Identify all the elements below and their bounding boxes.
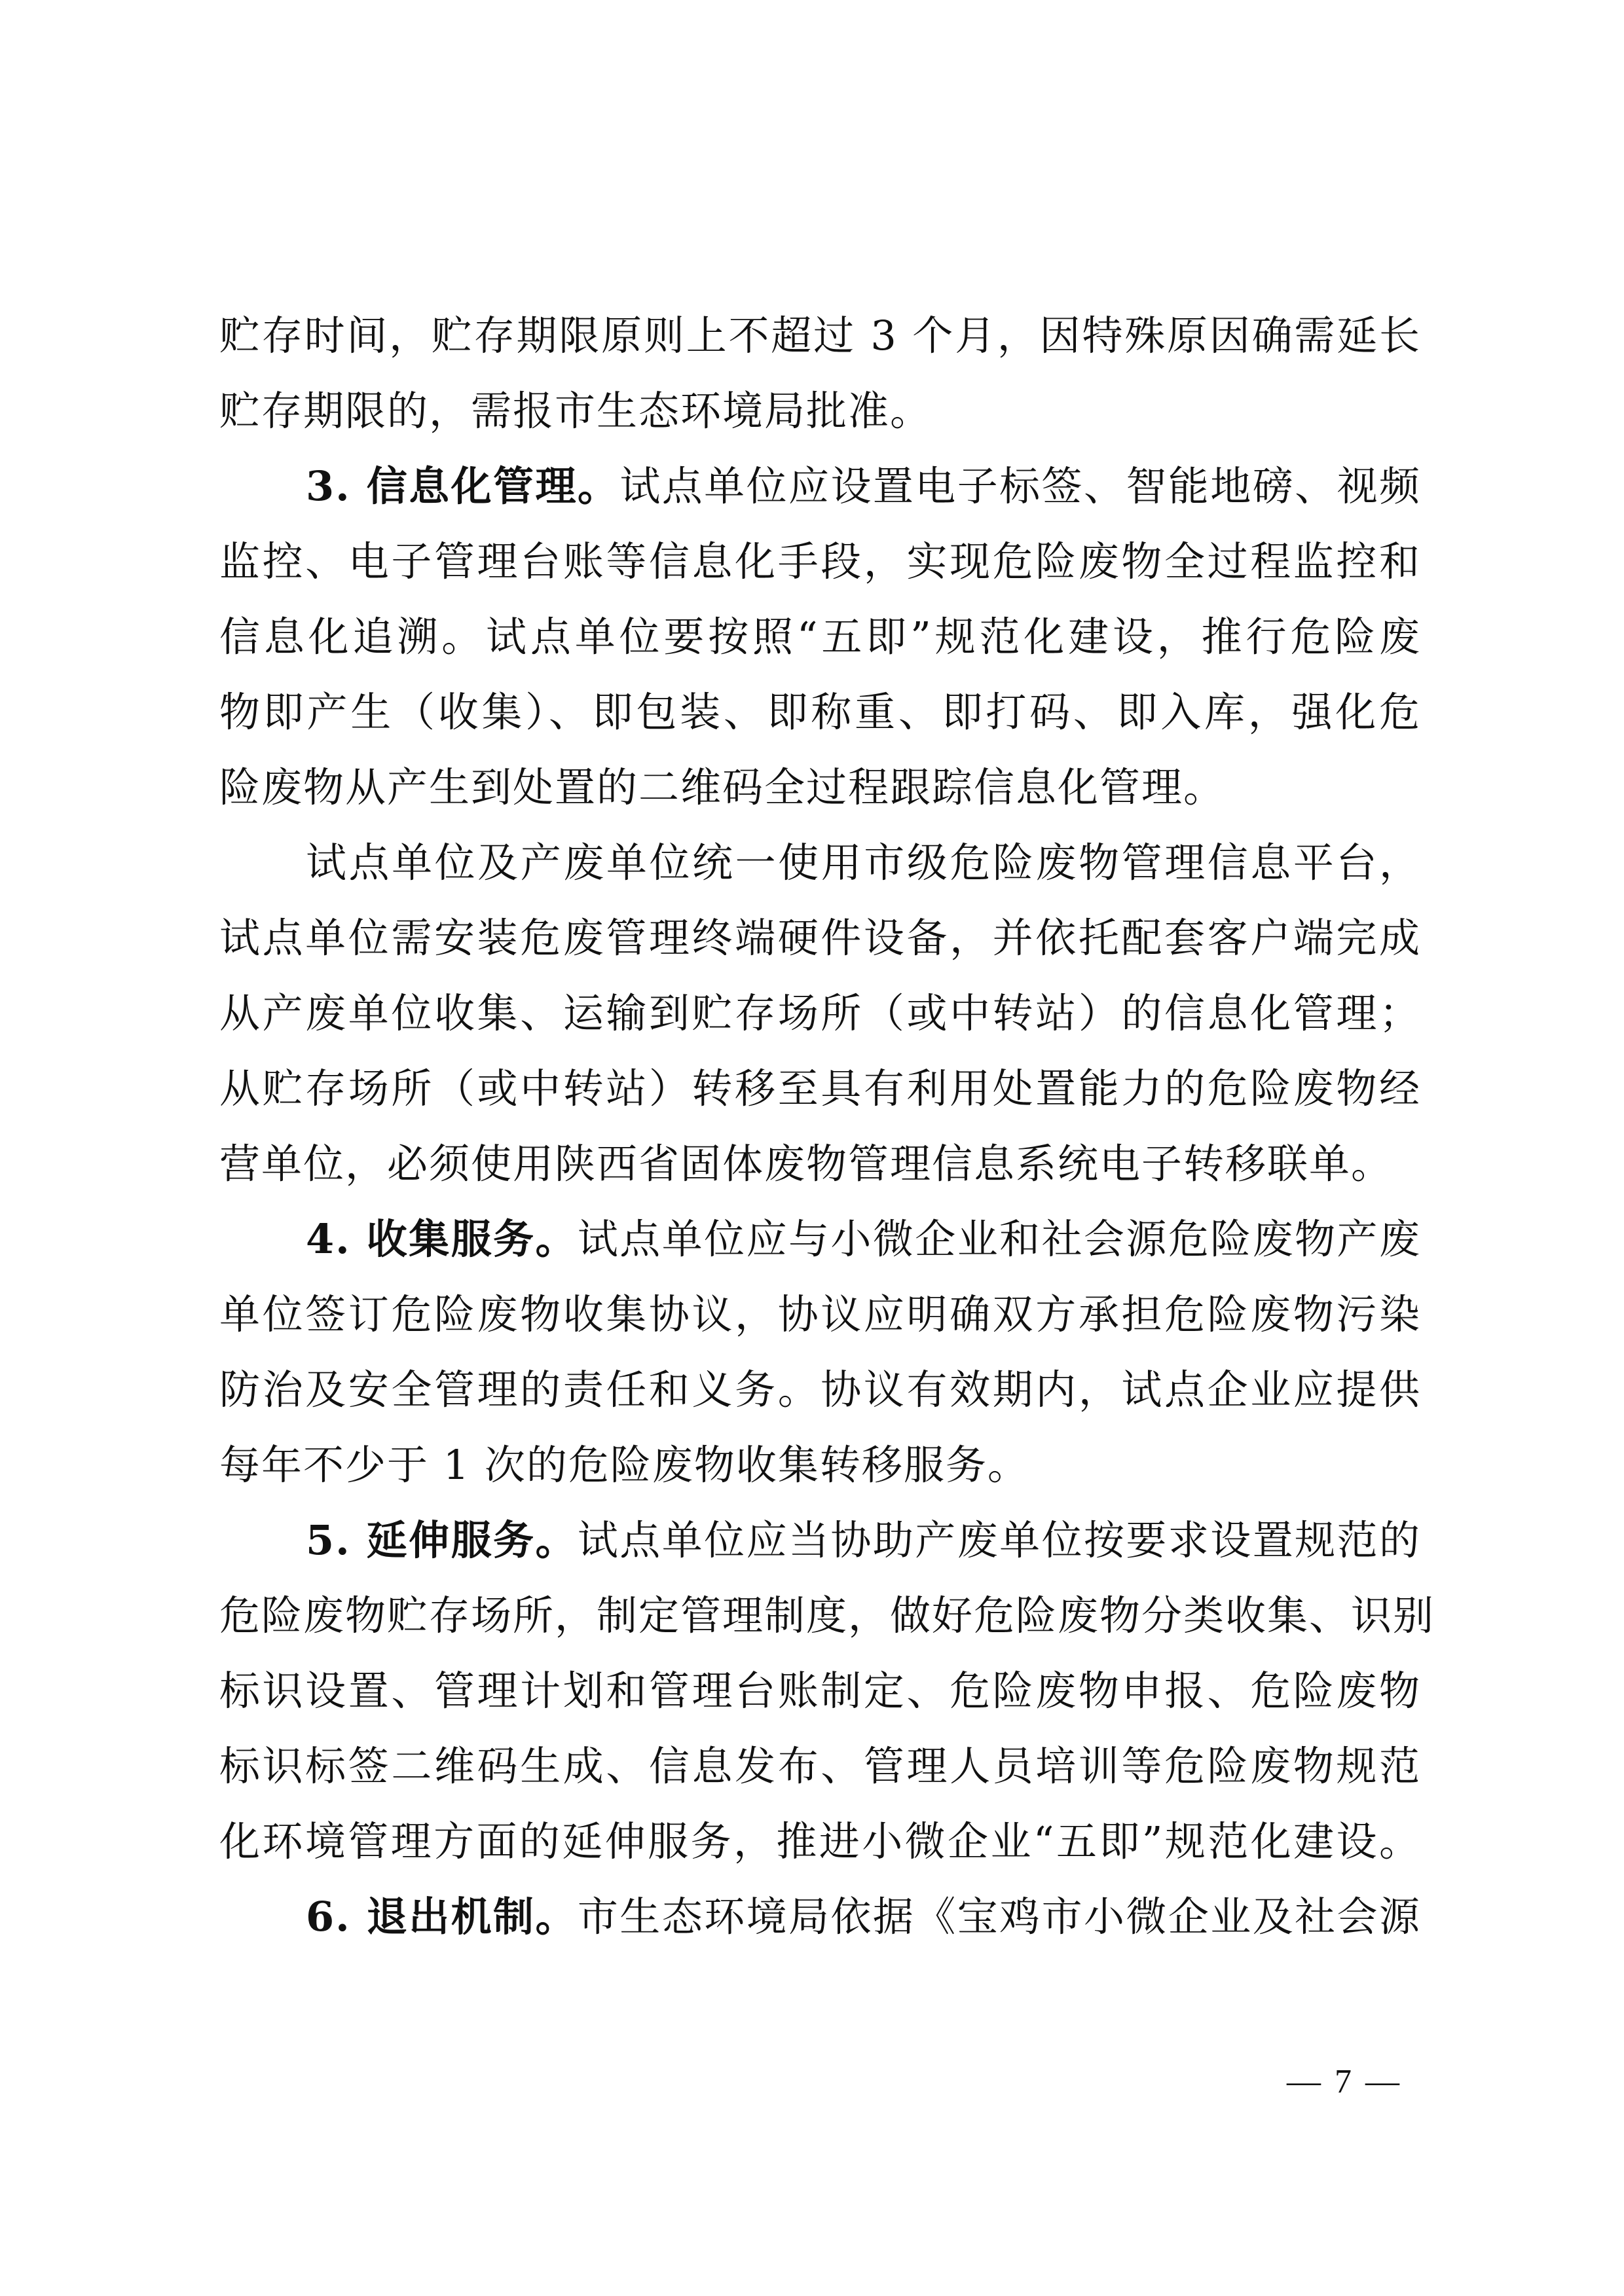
text-line: 营单位，必须使用陕西省固体废物管理信息系统电子转移联单。 [219, 1126, 1421, 1201]
text-run: 试点单位应当协助产废单位按要求设置规范的 [578, 1516, 1421, 1564]
paragraph-storage-continuation: 贮存时间，贮存期限原则上不超过 3 个月，因特殊原因确需延长 贮存期限的，需报市… [219, 298, 1421, 448]
text-line: 危险废物贮存场所，制定管理制度，做好危险废物分类收集、识别 [219, 1578, 1421, 1653]
section-heading: 4. 收集服务。 [306, 1215, 578, 1263]
text-line: 标识标签二维码生成、信息发布、管理人员培训等危险废物规范 [219, 1728, 1421, 1804]
paragraph-extension-service: 5. 延伸服务。试点单位应当协助产废单位按要求设置规范的 危险废物贮存场所，制定… [219, 1503, 1421, 1879]
text-line: 试点单位及产废单位统一使用市级危险废物管理信息平台， [219, 825, 1421, 900]
text-line: 6. 退出机制。市生态环境局依据《宝鸡市小微企业及社会源 [219, 1879, 1421, 1954]
paragraph-collection-service: 4. 收集服务。试点单位应与小微企业和社会源危险废物产废 单位签订危险废物收集协… [219, 1201, 1421, 1503]
text-line: 试点单位需安装危废管理终端硬件设备，并依托配套客户端完成 [219, 900, 1421, 975]
text-run: 市生态环境局依据《宝鸡市小微企业及社会源 [578, 1893, 1421, 1941]
text-line: 信息化追溯。试点单位要按照“五即”规范化建设，推行危险废 [219, 599, 1421, 674]
text-run: 试点单位应设置电子标签、智能地磅、视频 [619, 462, 1421, 510]
text-line: 监控、电子管理台账等信息化手段，实现危险废物全过程监控和 [219, 524, 1421, 599]
text-line: 每年不少于 1 次的危险废物收集转移服务。 [219, 1427, 1421, 1503]
paragraph-exit-mechanism: 6. 退出机制。市生态环境局依据《宝鸡市小微企业及社会源 [219, 1879, 1421, 1954]
text-line: 4. 收集服务。试点单位应与小微企业和社会源危险废物产废 [219, 1201, 1421, 1277]
text-line: 贮存时间，贮存期限原则上不超过 3 个月，因特殊原因确需延长 [219, 298, 1421, 373]
text-line: 从贮存场所（或中转站）转移至具有利用处置能力的危险废物经 [219, 1051, 1421, 1126]
text-line: 5. 延伸服务。试点单位应当协助产废单位按要求设置规范的 [219, 1503, 1421, 1578]
text-line: 贮存期限的，需报市生态环境局批准。 [219, 373, 1421, 448]
text-line: 化环境管理方面的延伸服务，推进小微企业“五即”规范化建设。 [219, 1804, 1421, 1879]
section-heading: 3. 信息化管理。 [306, 462, 619, 510]
text-line: 险废物从产生到处置的二维码全过程跟踪信息化管理。 [219, 750, 1421, 825]
paragraph-platform-usage: 试点单位及产废单位统一使用市级危险废物管理信息平台， 试点单位需安装危废管理终端… [219, 825, 1421, 1201]
paragraph-information-management: 3. 信息化管理。试点单位应设置电子标签、智能地磅、视频 监控、电子管理台账等信… [219, 448, 1421, 825]
text-line: 单位签订危险废物收集协议，协议应明确双方承担危险废物污染 [219, 1277, 1421, 1352]
text-line: 从产废单位收集、运输到贮存场所（或中转站）的信息化管理； [219, 975, 1421, 1051]
section-heading: 5. 延伸服务。 [306, 1516, 578, 1564]
text-line: 标识设置、管理计划和管理台账制定、危险废物申报、危险废物 [219, 1653, 1421, 1728]
section-heading: 6. 退出机制。 [306, 1893, 578, 1941]
page-number: — 7 — [1287, 2062, 1402, 2101]
document-page: 贮存时间，贮存期限原则上不超过 3 个月，因特殊原因确需延长 贮存期限的，需报市… [219, 298, 1421, 1954]
text-run: 试点单位应与小微企业和社会源危险废物产废 [578, 1215, 1421, 1263]
text-line: 3. 信息化管理。试点单位应设置电子标签、智能地磅、视频 [219, 448, 1421, 524]
text-line: 物即产生（收集）、即包装、即称重、即打码、即入库，强化危 [219, 674, 1421, 750]
text-line: 防治及安全管理的责任和义务。协议有效期内，试点企业应提供 [219, 1352, 1421, 1427]
